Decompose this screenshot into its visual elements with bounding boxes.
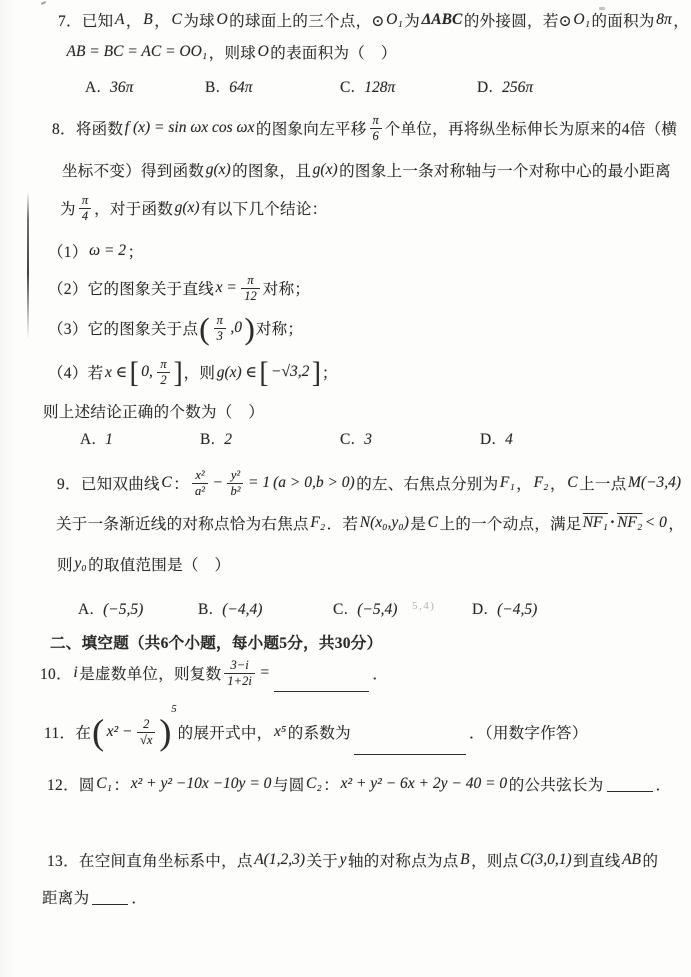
question-9-options: A.(−5,5) B.(−4,4) C.(−5,4) 5,4) D.(−4,5) bbox=[0, 599, 691, 621]
option-c: C.(−5,4) bbox=[333, 599, 397, 621]
math-expr: x² + y² −10x −10y = 0 bbox=[129, 775, 273, 793]
fraction-pi-2: π2 bbox=[157, 357, 169, 387]
text-run: 的图象向左平移 bbox=[256, 117, 367, 139]
text-run: ： bbox=[113, 773, 129, 795]
fraction-numerator: π bbox=[79, 193, 91, 207]
exponent-5: 5 bbox=[171, 704, 176, 715]
math-var: F₂ bbox=[532, 474, 550, 492]
option-letter: B. bbox=[205, 79, 220, 97]
text-run: （1） bbox=[48, 240, 88, 262]
text-run: 关于 bbox=[307, 849, 339, 871]
math-var: C bbox=[426, 514, 439, 532]
option-letter: D. bbox=[480, 431, 496, 449]
math-expr: f (x) = sin ωx cos ωx bbox=[123, 119, 256, 137]
math-var: C bbox=[160, 474, 173, 492]
question-8-options: A.1 B.2 C.3 D.4 bbox=[0, 429, 691, 451]
fraction-denominator: 2 bbox=[157, 372, 169, 387]
math-var: C₂ bbox=[305, 775, 324, 793]
option-value: (−5,5) bbox=[103, 601, 143, 619]
question-8-line-3: 为π4，对于函数g(x)有以下几个结论： bbox=[60, 186, 327, 230]
answer-blank bbox=[607, 791, 653, 792]
text-run: 9．已知双曲线 bbox=[57, 472, 160, 494]
fraction-numerator: 3−i bbox=[228, 658, 252, 672]
text-run: ，则球 bbox=[209, 41, 256, 63]
vector-nf2: NF₂ bbox=[616, 514, 643, 532]
math-expr: x² − bbox=[105, 723, 134, 741]
math-expr: x = bbox=[214, 279, 238, 297]
text-run: 的 bbox=[643, 849, 659, 871]
text-run: ． bbox=[372, 662, 388, 684]
option-letter: D. bbox=[472, 601, 488, 619]
option-a: A.36π bbox=[85, 77, 133, 99]
text-run: 上的一个动点，满足 bbox=[440, 512, 582, 534]
question-8-item-1: （1）ω = 2； bbox=[48, 240, 143, 262]
fraction-denominator: √x bbox=[137, 732, 155, 747]
fraction-denominator: 3 bbox=[214, 328, 226, 343]
text-run: 距离为 bbox=[42, 886, 89, 908]
text-run: ， bbox=[550, 472, 566, 494]
math-expr: ,0 bbox=[229, 319, 244, 337]
text-run: 12．圆 bbox=[47, 773, 95, 795]
text-run: （3）它的图象关于点 bbox=[48, 317, 198, 339]
option-value: (−5,4) bbox=[357, 601, 397, 619]
math-expr: < 0 bbox=[643, 514, 668, 532]
text-run: 个单位，再将纵坐标伸长为原来的4倍（横 bbox=[385, 117, 677, 139]
fraction-denominator: 12 bbox=[241, 288, 260, 303]
text-run: ， bbox=[668, 512, 684, 534]
math-expr: x⁵ bbox=[272, 723, 287, 741]
right-bracket: ] bbox=[312, 357, 321, 387]
option-letter: A. bbox=[78, 601, 94, 619]
text-run: 是虚数单位，则复数 bbox=[79, 662, 221, 684]
right-paren: ) bbox=[159, 714, 171, 750]
option-b: B.(−4,4) bbox=[198, 599, 262, 621]
text-run: （4）若 bbox=[48, 361, 103, 383]
math-expr: (a > 0,b > 0) bbox=[272, 474, 357, 492]
option-d: D.256π bbox=[477, 77, 533, 99]
math-var: O bbox=[256, 43, 270, 61]
text-run: ，对于函数 bbox=[94, 197, 173, 219]
left-paren: ( bbox=[92, 714, 104, 750]
text-run: ，则 bbox=[184, 361, 216, 383]
math-var: O₁ bbox=[572, 11, 592, 29]
fraction-pi-6: π6 bbox=[370, 113, 382, 143]
left-bracket: [ bbox=[130, 357, 139, 387]
question-8-item-3: （3）它的图象关于点(π3,0)对称； bbox=[48, 304, 303, 352]
fraction-numerator: y² bbox=[228, 468, 243, 482]
text-run: 为球 bbox=[183, 9, 215, 31]
fraction-numerator: π bbox=[370, 113, 382, 127]
text-run: 关于一条渐近线的对称点恰为右焦点 bbox=[56, 512, 309, 534]
math-expr: = 1 bbox=[246, 474, 271, 492]
exam-page: 7．已知A，B，C为球O的球面上的三个点，⊙O₁为ΔABC的外接圆，若⊙O₁的面… bbox=[0, 0, 691, 977]
math-expr: g(x) bbox=[204, 161, 232, 179]
math-expr: 8π bbox=[655, 11, 674, 29]
option-c: C.128π bbox=[340, 77, 395, 99]
option-b: B.64π bbox=[205, 77, 252, 99]
text-run: ： bbox=[323, 773, 339, 795]
math-expr: g(x) bbox=[311, 161, 339, 179]
question-9-line-1: 9．已知双曲线C：x²a²−y²b²= 1(a > 0,b > 0)的左、右焦点… bbox=[57, 459, 683, 507]
option-value: 128π bbox=[364, 79, 395, 97]
option-b: B.2 bbox=[200, 429, 232, 451]
option-letter: C. bbox=[333, 601, 348, 619]
text-run: （2）它的图象关于直线 bbox=[48, 277, 214, 299]
text-run: 8．将函数 bbox=[52, 117, 123, 139]
text-run: ， bbox=[126, 9, 142, 31]
fraction-denominator: a² bbox=[192, 483, 208, 498]
fraction-x2-a2: x²a² bbox=[192, 468, 208, 498]
text-run: 的公共弦长为 bbox=[509, 773, 604, 795]
option-value: (−4,4) bbox=[222, 601, 262, 619]
fraction-numerator: 2 bbox=[140, 717, 152, 731]
minus-sign: − bbox=[211, 474, 224, 492]
answer-blank bbox=[354, 754, 466, 755]
scan-artifact-line bbox=[27, 192, 29, 339]
scan-ghost-text: 5,4) bbox=[412, 600, 435, 612]
math-var: C bbox=[566, 474, 579, 492]
question-13-line-1: 13．在空间直角坐标系中，点A(1,2,3)关于y轴的对称点为点B，则点C(3,… bbox=[47, 849, 658, 871]
fraction-pi-3: π3 bbox=[214, 313, 226, 343]
text-run: 轴的对称点为点 bbox=[348, 849, 459, 871]
option-a: A.(−5,5) bbox=[78, 599, 143, 621]
text-run: ．若 bbox=[327, 512, 359, 534]
math-expr: N(x₀,y₀) bbox=[358, 514, 410, 532]
fraction-y2-b2: y²b² bbox=[227, 468, 243, 498]
text-run: 为 bbox=[60, 197, 76, 219]
text-run: ， bbox=[516, 472, 532, 494]
text-run: ，则点 bbox=[471, 849, 518, 871]
text-run: 有以下几个结论： bbox=[201, 197, 327, 219]
vector-nf1: NF₁ bbox=[582, 514, 609, 532]
math-expr: g(x) ∈ bbox=[215, 363, 258, 382]
answer-blank bbox=[92, 904, 128, 905]
math-expr: 0, bbox=[140, 363, 155, 381]
left-paren: ( bbox=[199, 313, 209, 344]
dot-operator: · bbox=[609, 514, 616, 532]
option-value: 1 bbox=[105, 431, 113, 449]
text-run: 的左、右焦点分别为 bbox=[356, 472, 498, 494]
math-var: F₂ bbox=[309, 514, 327, 532]
option-value: 256π bbox=[502, 79, 533, 97]
question-13-line-2: 距离为． bbox=[42, 886, 147, 908]
math-expr: A(1,2,3) bbox=[253, 851, 307, 869]
text-run: 与圆 bbox=[273, 773, 305, 795]
option-value: 64π bbox=[229, 79, 252, 97]
text-run: 则上述结论正确的个数为（ ） bbox=[43, 400, 264, 422]
math-expr: AB = BC = AC = OO₁ bbox=[65, 43, 209, 61]
section-title: 二、填空题（共6个小题，每小题5分，共30分） bbox=[50, 631, 382, 653]
fraction-complex: 3−i1+2i bbox=[224, 658, 254, 688]
text-run: 的图象，且 bbox=[232, 159, 311, 181]
math-var: C₁ bbox=[95, 775, 114, 793]
math-var: A bbox=[113, 11, 125, 29]
math-expr: x ∈ bbox=[103, 363, 128, 382]
right-paren: ) bbox=[244, 313, 254, 344]
text-run: 10． bbox=[40, 662, 72, 684]
math-var: B bbox=[142, 11, 154, 29]
text-run: 的面积为 bbox=[592, 9, 655, 31]
option-a: A.1 bbox=[80, 429, 113, 451]
option-letter: B. bbox=[198, 601, 213, 619]
text-run: ： bbox=[173, 472, 189, 494]
text-run: ； bbox=[128, 240, 144, 262]
math-expr: ω = 2 bbox=[88, 242, 128, 260]
text-run: 的表面积为（ ） bbox=[270, 41, 396, 63]
text-run: 对称； bbox=[256, 317, 303, 339]
fraction-denominator: 6 bbox=[370, 128, 382, 143]
option-value: 2 bbox=[224, 431, 232, 449]
text-run: ， bbox=[673, 9, 689, 31]
math-expr: −√3,2 bbox=[270, 363, 311, 381]
text-run: 坐标不变）得到函数 bbox=[62, 159, 204, 181]
text-run: 的球面上的三个点，⊙ bbox=[229, 9, 385, 31]
fraction-numerator: π bbox=[244, 273, 256, 287]
text-run: 13．在空间直角坐标系中，点 bbox=[47, 849, 253, 871]
option-letter: A. bbox=[80, 431, 96, 449]
math-expr: C(3,0,1) bbox=[518, 851, 573, 869]
left-bracket: [ bbox=[260, 357, 269, 387]
math-var: F₁ bbox=[498, 474, 516, 492]
math-var: O bbox=[215, 11, 229, 29]
option-letter: D. bbox=[477, 79, 493, 97]
option-value: (−4,5) bbox=[497, 601, 537, 619]
fraction-2-sqrtx: 2√x bbox=[137, 717, 155, 747]
question-7-line-1: 7．已知A，B，C为球O的球面上的三个点，⊙O₁为ΔABC的外接圆，若⊙O₁的面… bbox=[58, 9, 689, 31]
question-9-line-3: 则y₀的取值范围是（ ） bbox=[57, 553, 230, 575]
math-var: AB bbox=[621, 851, 643, 869]
fraction-denominator: 4 bbox=[79, 208, 91, 223]
option-d: D.4 bbox=[480, 429, 513, 451]
option-letter: B. bbox=[200, 431, 215, 449]
text-run: 的外接圆，若⊙ bbox=[464, 9, 572, 31]
text-run: 上一点 bbox=[579, 472, 626, 494]
math-expr: x² + y² − 6x + 2y − 40 = 0 bbox=[339, 775, 509, 793]
equals-sign: = bbox=[258, 664, 271, 682]
scan-speck bbox=[41, 1, 46, 5]
text-run: 的系数为 bbox=[288, 721, 351, 743]
question-12: 12．圆C₁：x² + y² −10x −10y = 0与圆C₂：x² + y²… bbox=[47, 773, 671, 795]
option-value: 4 bbox=[505, 431, 513, 449]
fraction-pi-4: π4 bbox=[79, 193, 91, 223]
option-letter: A. bbox=[85, 79, 101, 97]
fraction-numerator: x² bbox=[192, 468, 207, 482]
text-run: 为 bbox=[404, 9, 420, 31]
text-run: 对称； bbox=[263, 277, 310, 299]
option-value: 36π bbox=[110, 79, 133, 97]
math-var: O₁ bbox=[385, 11, 405, 29]
question-7-line-2: AB = BC = AC = OO₁，则球O的表面积为（ ） bbox=[65, 41, 397, 63]
option-letter: C. bbox=[340, 79, 355, 97]
fraction-denominator: 1+2i bbox=[224, 673, 254, 688]
question-11: 11．在(x² −2√x)5的展开式中，x⁵的系数为．（用数字作答） bbox=[44, 706, 588, 758]
answer-blank bbox=[274, 691, 369, 692]
text-run: ； bbox=[322, 361, 338, 383]
fraction-pi-12: π12 bbox=[241, 273, 260, 303]
question-9-line-2: 关于一条渐近线的对称点恰为右焦点F₂．若N(x₀,y₀)是C上的一个动点，满足N… bbox=[56, 512, 684, 534]
math-var: B bbox=[459, 851, 471, 869]
math-var: y bbox=[338, 851, 348, 869]
text-run: 7．已知 bbox=[58, 9, 113, 31]
fraction-numerator: π bbox=[214, 313, 226, 327]
text-run: 到直线 bbox=[573, 849, 620, 871]
fraction-denominator: b² bbox=[227, 483, 243, 498]
option-d: D.(−4,5) bbox=[472, 599, 537, 621]
option-letter: C. bbox=[340, 431, 355, 449]
text-run: 是 bbox=[410, 512, 426, 534]
math-var: C bbox=[170, 11, 183, 29]
right-bracket: ] bbox=[174, 357, 183, 387]
text-run: ， bbox=[154, 9, 170, 31]
question-8-conclusion: 则上述结论正确的个数为（ ） bbox=[43, 400, 264, 422]
section-2-header: 二、填空题（共6个小题，每小题5分，共30分） bbox=[50, 631, 382, 653]
text-run: ．（用数字作答） bbox=[469, 721, 588, 743]
text-run: 11．在 bbox=[44, 721, 91, 743]
option-c: C.3 bbox=[340, 429, 372, 451]
text-run: 的图象上一条对称轴与一个对称中心的最小距离 bbox=[339, 159, 671, 181]
question-7-options: A.36π B.64π C.128π D.256π bbox=[0, 77, 691, 99]
fraction-numerator: π bbox=[157, 357, 169, 371]
text-run: 的取值范围是（ ） bbox=[88, 553, 230, 575]
text-run: 的展开式中， bbox=[178, 721, 273, 743]
question-8-item-4: （4）若x ∈[0,π2]，则g(x) ∈[−√3,2]； bbox=[48, 348, 338, 396]
math-expr: g(x) bbox=[173, 199, 201, 217]
text-run: ． bbox=[131, 886, 147, 908]
math-var: y₀ bbox=[73, 555, 88, 573]
text-run: ． bbox=[656, 773, 672, 795]
math-expr: ΔABC bbox=[420, 11, 464, 29]
question-8-line-1: 8．将函数f (x) = sin ωx cos ωx的图象向左平移π6个单位，再… bbox=[52, 106, 677, 150]
question-8-line-2: 坐标不变）得到函数g(x)的图象，且g(x)的图象上一条对称轴与一个对称中心的最… bbox=[62, 159, 671, 181]
option-value: 3 bbox=[364, 431, 372, 449]
text-run: 则 bbox=[57, 553, 73, 575]
math-expr: M(−3,4) bbox=[627, 474, 683, 492]
question-10: 10．i是虚数单位，则复数3−i1+2i=． bbox=[40, 651, 388, 695]
